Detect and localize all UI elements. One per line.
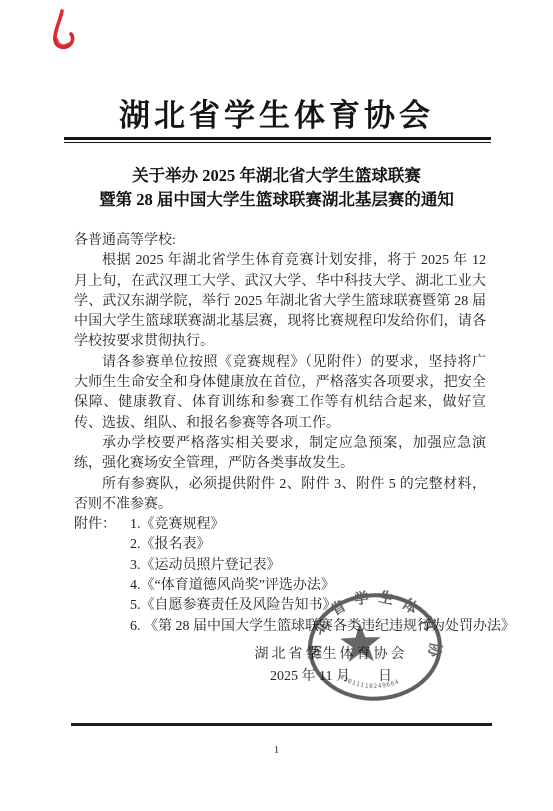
notice-body: 各普通高等学校: 根据 2025 年湖北省学生体育竞赛计划安排，将于 2025 …: [74, 231, 486, 637]
attachment-list-label: 附件：: [74, 515, 116, 535]
salutation: 各普通高等学校:: [74, 231, 486, 251]
notice-title: 关于举办 2025 年湖北省大学生篮球联赛 暨第 28 届中国大学生篮球联赛湖北…: [0, 164, 553, 212]
attachment-item: 1.《竞赛规程》: [130, 515, 486, 535]
body-paragraph: 承办学校要严格落实相关要求，制定应急预案，加强应急演练，强化赛场安全管理，严防各…: [74, 434, 486, 475]
attachment-item: 2.《报名表》: [130, 535, 486, 555]
body-paragraph: 所有参赛队，必须提供附件 2、附件 3、附件 5 的完整材料，否则不准参赛。: [74, 475, 486, 516]
body-paragraph: 根据 2025 年湖北省学生体育竞赛计划安排，将于 2025 年 12 月上旬，…: [74, 251, 486, 352]
notice-title-line2: 暨第 28 届中国大学生篮球联赛湖北基层赛的通知: [0, 188, 553, 212]
page-number: 1: [0, 744, 553, 756]
seal-code-text: 42011110249664: [338, 672, 401, 692]
body-paragraph: 请各参赛单位按照《竞赛规程》（见附件）的要求，坚持将广大师生生命安全和身体健康放…: [74, 353, 486, 434]
red-pen-mark-icon: [48, 8, 80, 54]
letterhead-rule-thick: [64, 137, 491, 140]
document-page: 湖北省学生体育协会 关于举办 2025 年湖北省大学生篮球联赛 暨第 28 届中…: [0, 0, 553, 811]
seal-star-icon: [340, 622, 382, 662]
letterhead-rule-thin: [64, 142, 491, 143]
svg-text:42011110249664: 42011110249664: [338, 672, 401, 692]
letterhead-org-name: 湖北省学生体育协会: [0, 90, 553, 135]
footer-rule: [71, 723, 492, 726]
official-seal-stamp: 湖北省学生体育协会 42011110249664: [301, 587, 449, 714]
attachment-item: 3.《运动员照片登记表》: [130, 556, 486, 576]
notice-title-line1: 关于举办 2025 年湖北省大学生篮球联赛: [0, 164, 553, 188]
